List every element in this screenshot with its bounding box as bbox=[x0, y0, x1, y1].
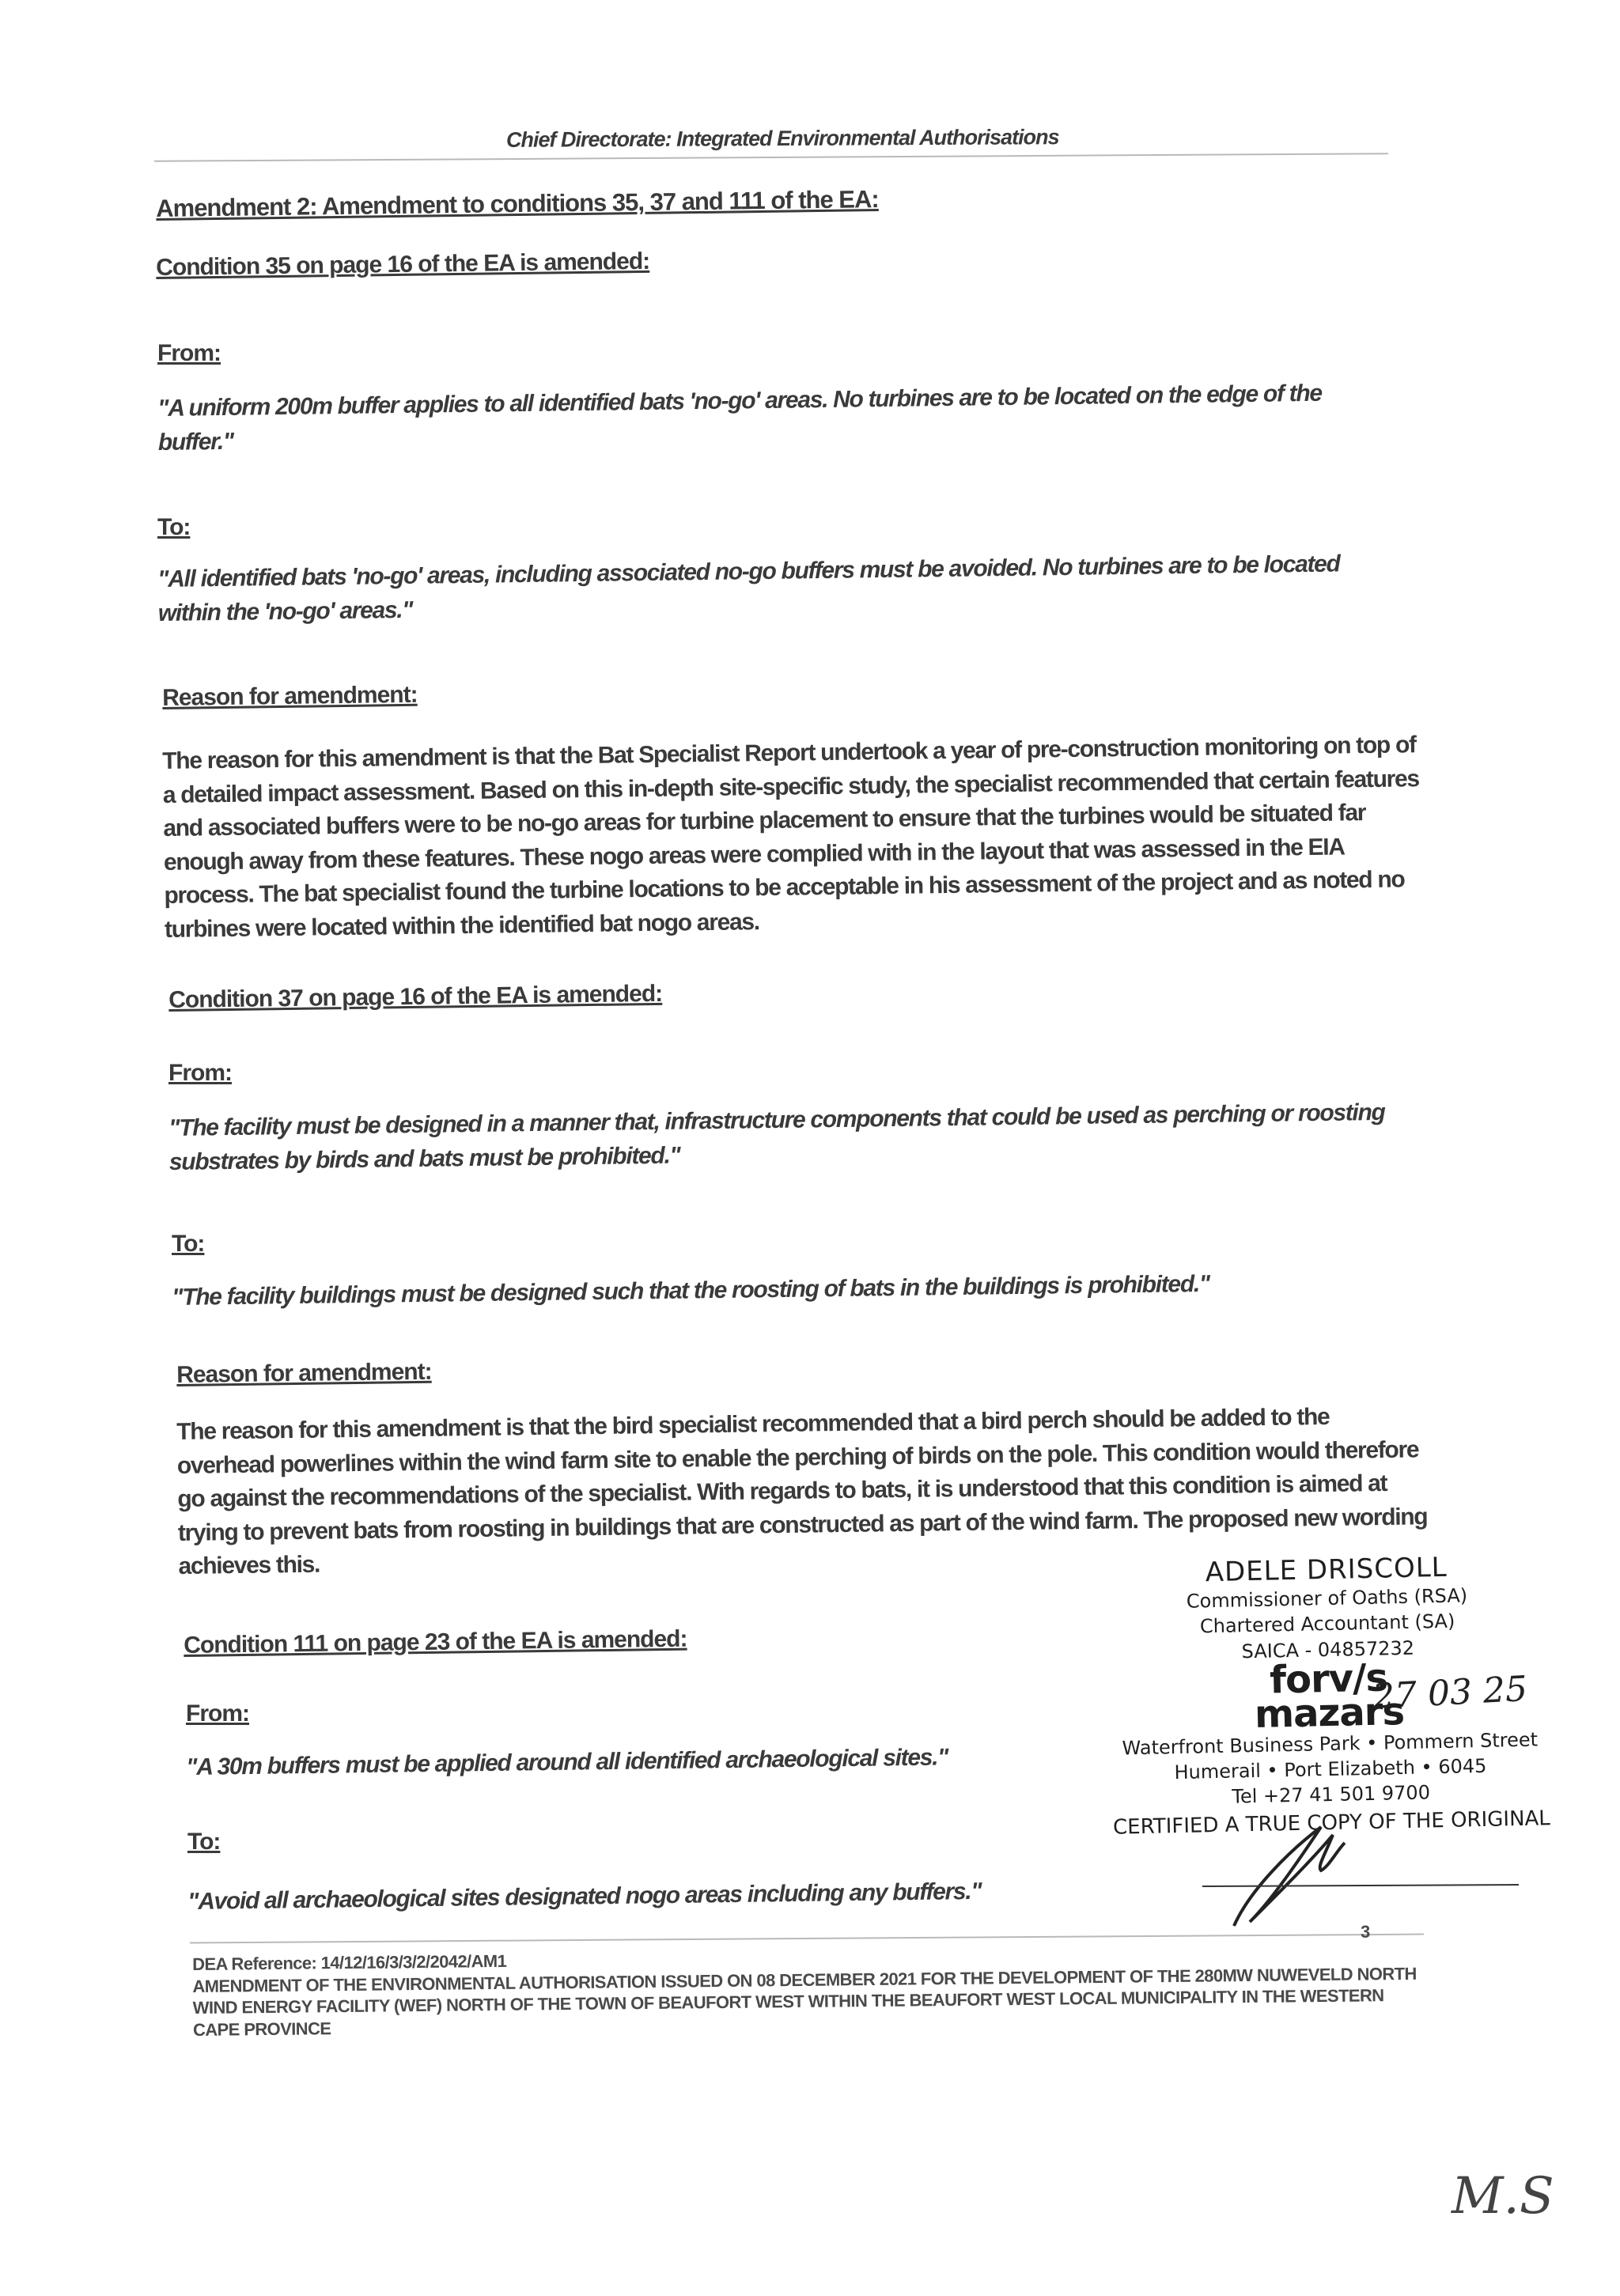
condition-35-reason-text: The reason for this amendment is that th… bbox=[162, 728, 1422, 947]
signature-icon bbox=[1187, 1819, 1519, 1930]
condition-37-heading: Condition 37 on page 16 of the EA is ame… bbox=[168, 981, 662, 1014]
condition-35-from-text: "A uniform 200m buffer applies to all id… bbox=[157, 376, 1392, 460]
handwritten-date: 27 03 25 bbox=[1372, 1669, 1528, 1717]
condition-37-to-label: To: bbox=[172, 1231, 204, 1258]
condition-35-from-label: From: bbox=[157, 340, 221, 367]
page-number: 3 bbox=[1361, 1922, 1370, 1942]
condition-37-from-label: From: bbox=[168, 1060, 232, 1087]
condition-111-from-label: From: bbox=[186, 1700, 249, 1727]
condition-111-to-label: To: bbox=[187, 1829, 220, 1855]
footer-description: AMENDMENT OF THE ENVIRONMENTAL AUTHORISA… bbox=[192, 1962, 1427, 2041]
condition-37-reason-label: Reason for amendment: bbox=[176, 1359, 432, 1389]
amendment-title: Amendment 2: Amendment to conditions 35,… bbox=[156, 185, 879, 223]
condition-37-to-text: "The facility buildings must be designed… bbox=[172, 1265, 1406, 1315]
condition-35-heading: Condition 35 on page 16 of the EA is ame… bbox=[156, 248, 649, 282]
header-divider bbox=[154, 153, 1388, 162]
condition-111-to-text: "Avoid all archaeological sites designat… bbox=[187, 1874, 1097, 1920]
condition-35-to-label: To: bbox=[157, 514, 190, 541]
condition-111-from-text: "A 30m buffers must be applied around al… bbox=[186, 1740, 1056, 1785]
condition-35-to-text: "All identified bats 'no-go' areas, incl… bbox=[157, 547, 1392, 631]
condition-37-from-text: "The facility must be designed in a mann… bbox=[168, 1096, 1403, 1180]
condition-111-heading: Condition 111 on page 23 of the EA is am… bbox=[184, 1626, 687, 1659]
document-footer: DEA Reference: 14/12/16/3/3/2/2042/AM1 A… bbox=[192, 1941, 1427, 2041]
document-header: Chief Directorate: Integrated Environmen… bbox=[506, 125, 1059, 153]
handwritten-initials: M.S bbox=[1452, 2167, 1554, 2226]
condition-35-reason-label: Reason for amendment: bbox=[162, 682, 418, 712]
